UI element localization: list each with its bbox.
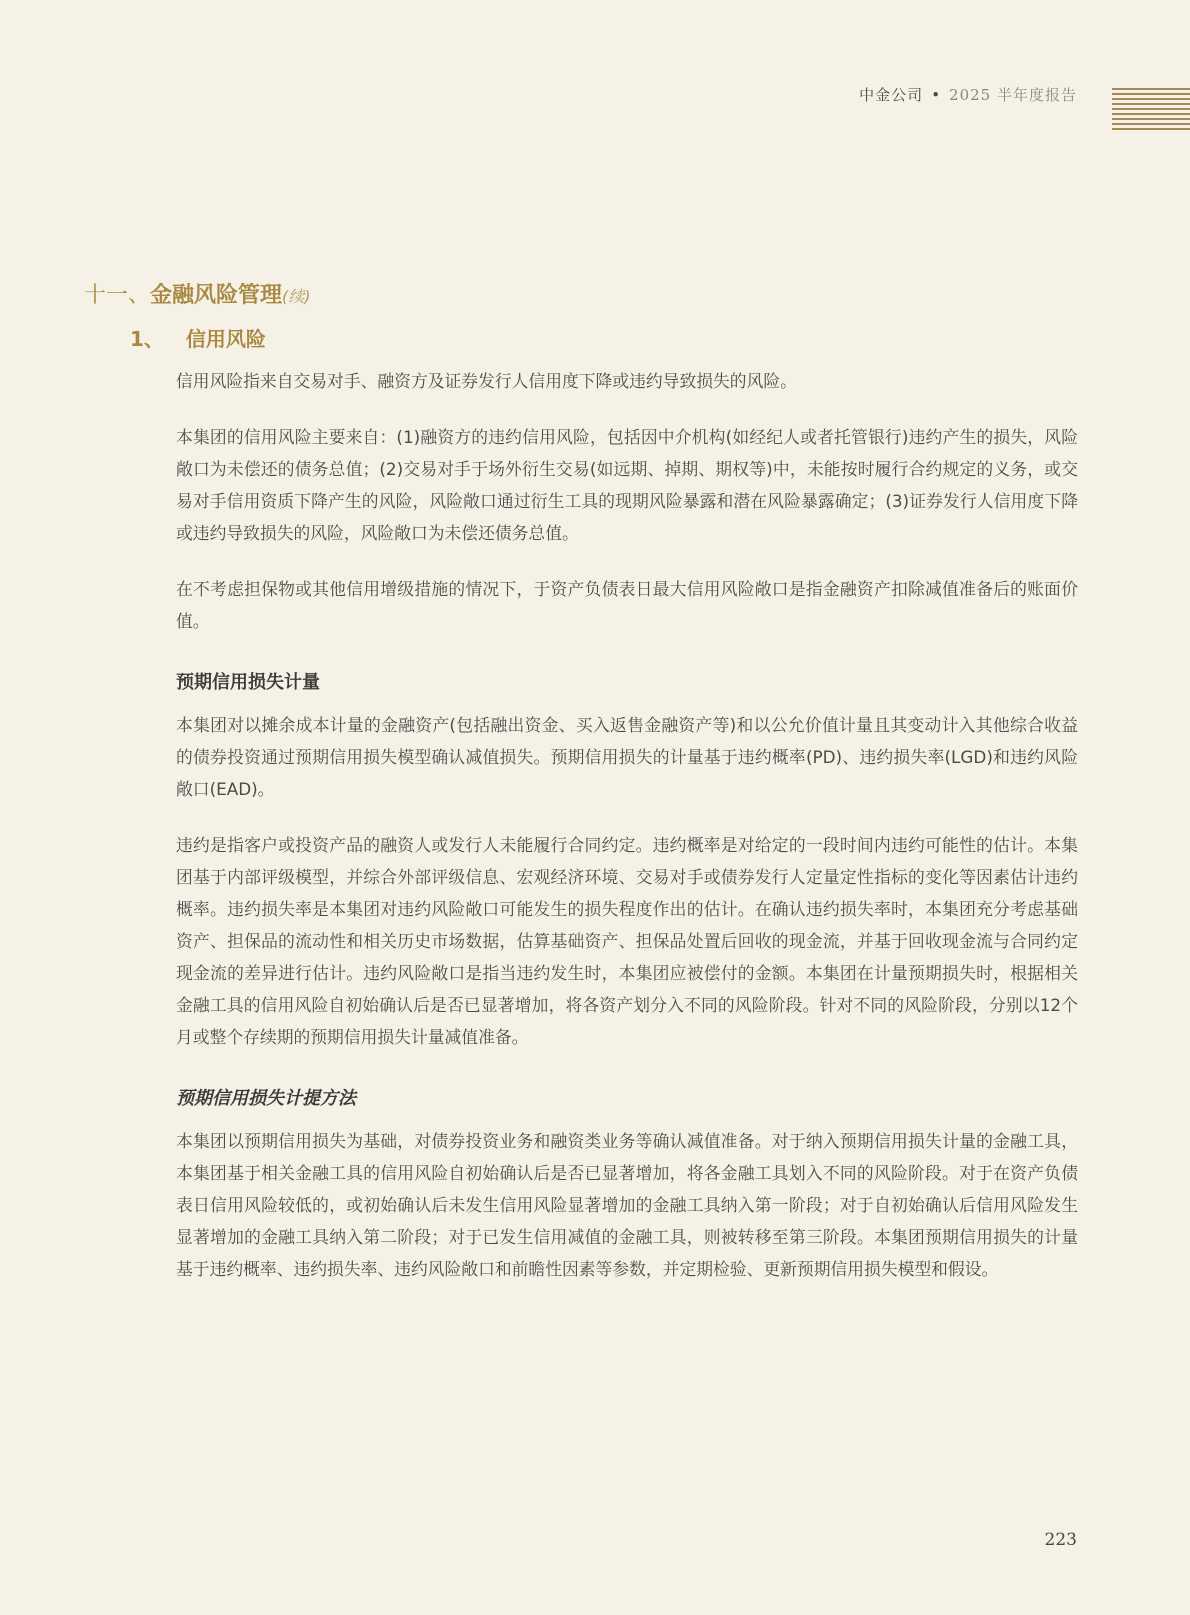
section-continued: (续) <box>282 287 311 306</box>
separator-dot: • <box>931 86 941 104</box>
page-number: 223 <box>1045 1530 1077 1550</box>
section-title-text: 金融风险管理 <box>150 283 282 308</box>
heading-ecl-measurement: 预期信用损失计量 <box>176 667 1078 699</box>
page-header: 中金公司•2025 半年度报告 <box>859 84 1077 105</box>
paragraph: 信用风险指来自交易对手、融资方及证券发行人信用度下降或违约导致损失的风险。 <box>176 365 1078 397</box>
subsection-title-text: 信用风险 <box>186 327 266 351</box>
paragraph: 本集团的信用风险主要来自：(1)融资方的违约信用风险，包括因中介机构(如经纪人或… <box>176 421 1078 549</box>
body-content: 信用风险指来自交易对手、融资方及证券发行人信用度下降或违约导致损失的风险。 本集… <box>176 365 1078 1309</box>
heading-ecl-provision-method: 预期信用损失计提方法 <box>176 1083 1078 1115</box>
paragraph: 本集团以预期信用损失为基础，对债券投资业务和融资类业务等确认减值准备。对于纳入预… <box>176 1125 1078 1285</box>
report-title: 2025 半年度报告 <box>949 86 1077 104</box>
section-title: 十一、金融风险管理(续) <box>84 278 311 309</box>
company-name: 中金公司 <box>859 86 923 104</box>
subsection-number: 1、 <box>130 327 164 351</box>
paragraph: 违约是指客户或投资产品的融资人或发行人未能履行合同约定。违约概率是对给定的一段时… <box>176 829 1078 1053</box>
section-number: 十一、 <box>84 283 150 308</box>
subsection-title: 1、信用风险 <box>130 323 266 352</box>
paragraph: 本集团对以摊余成本计量的金融资产(包括融出资金、买入返售金融资产等)和以公允价值… <box>176 709 1078 805</box>
decorative-stripes-icon <box>1112 88 1190 136</box>
paragraph: 在不考虑担保物或其他信用增级措施的情况下，于资产负债表日最大信用风险敞口是指金融… <box>176 573 1078 637</box>
